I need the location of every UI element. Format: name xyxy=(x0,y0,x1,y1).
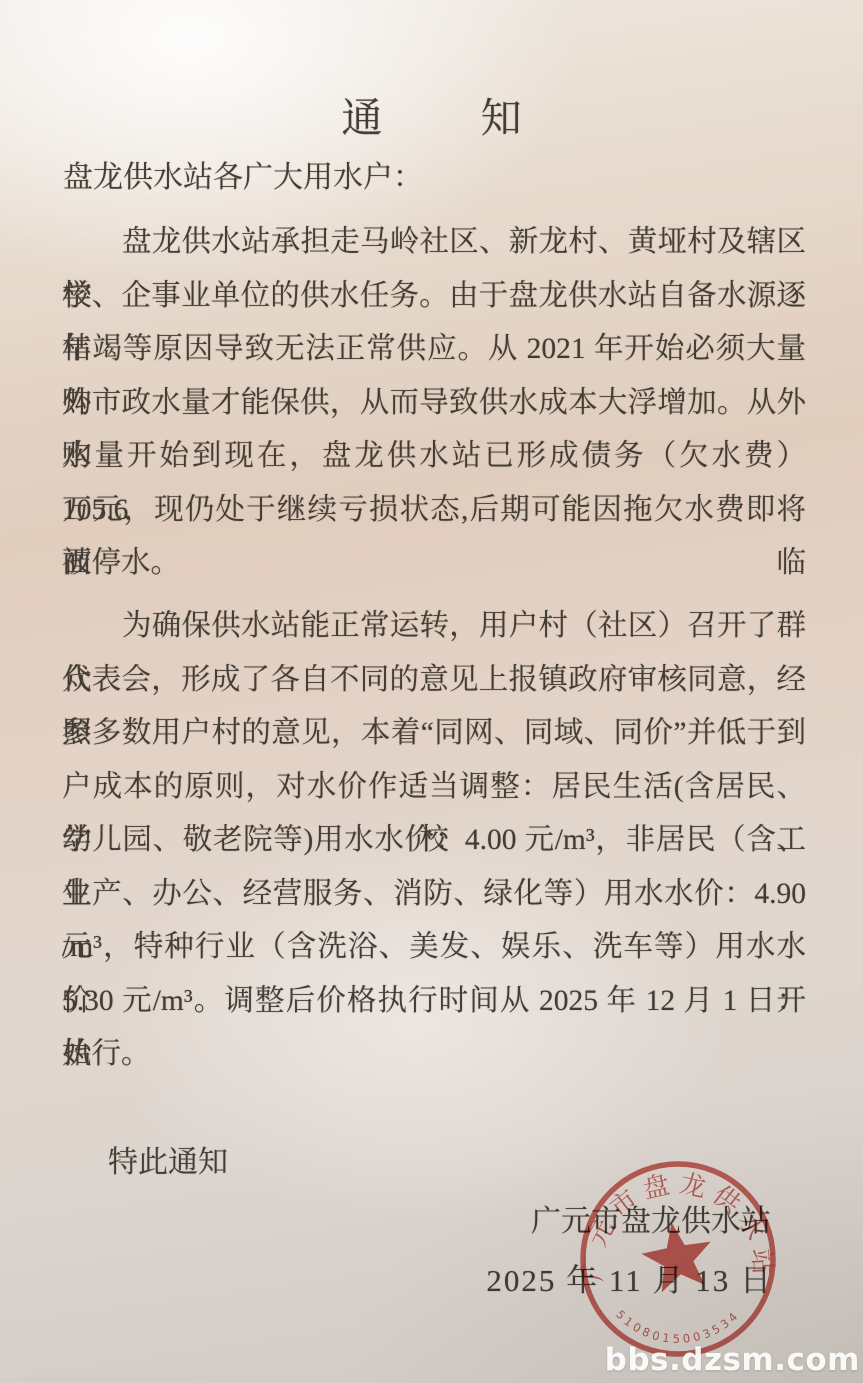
body-line: 生产、办公、经营服务、消防、绿化等）用水水价：4.90 元 xyxy=(62,868,806,922)
body-line: 盘龙供水站承担走马岭社区、新龙村、黄垭村及辖区学 xyxy=(62,216,806,270)
body-line: 校、企事业单位的供水任务。由于盘龙供水站自备水源逐年 xyxy=(62,270,806,324)
body-line: 照多数用户村的意见，本着“同网、同域、同价”并低于到 xyxy=(62,707,806,761)
closing-phrase: 特此通知 xyxy=(108,1144,228,1182)
watermark: bbs.dzsm.com xyxy=(605,1342,860,1378)
salutation: 盘龙供水站各广大用水户： xyxy=(63,160,423,196)
body-line: 枯竭等原因导致无法正常供应。从 2021 年开始必须大量外 xyxy=(62,323,806,377)
notice-document-photo: 通 知 盘龙供水站各广大用水户： 盘龙供水站承担走马岭社区、新龙村、黄垭村及辖区… xyxy=(0,0,863,1383)
paragraph-price-adjustment: 为确保供水站能正常运转，用户村（社区）召开了群众 代表会，形成了各自不同的意见上… xyxy=(62,600,806,1082)
body-line: 水量开始到现在，盘龙供水站已形成债务（欠水费）105.6 xyxy=(62,430,806,484)
body-line: 万元，现仍处于继续亏损状态,后期可能因拖欠水费即将面临 xyxy=(62,484,806,538)
seal-star-icon xyxy=(641,1223,710,1293)
body-line: 代表会，形成了各自不同的意见上报镇政府审核同意，经参 xyxy=(62,654,806,708)
body-line: 户成本的原则，对水价作适当调整：居民生活(含居民、学校、 xyxy=(62,761,806,815)
body-line: 执行。 xyxy=(62,1028,806,1082)
body-line: 购市政水量才能保供，从而导致供水成本大浮增加。从外购 xyxy=(62,377,806,431)
body-line: 幼儿园、敬老院等)用水水价：4.00 元/m³，非居民（含工业 xyxy=(62,814,806,868)
paragraph-supply-debt: 盘龙供水站承担走马岭社区、新龙村、黄垭村及辖区学 校、企事业单位的供水任务。由于… xyxy=(62,216,806,591)
page-title: 通 知 xyxy=(0,94,863,142)
body-line: /m³，特种行业（含洗浴、美发、娱乐、洗车等）用水水价： xyxy=(62,921,806,975)
body-line: 为确保供水站能正常运转，用户村（社区）召开了群众 xyxy=(62,600,806,654)
seal-graphic: 广元市盘龙供水站 5108015003534 xyxy=(575,1156,781,1362)
official-red-seal: 广元市盘龙供水站 5108015003534 xyxy=(575,1156,781,1362)
body-line: 5.30 元/m³。调整后价格执行时间从 2025 年 12 月 1 日开始 xyxy=(62,975,806,1029)
